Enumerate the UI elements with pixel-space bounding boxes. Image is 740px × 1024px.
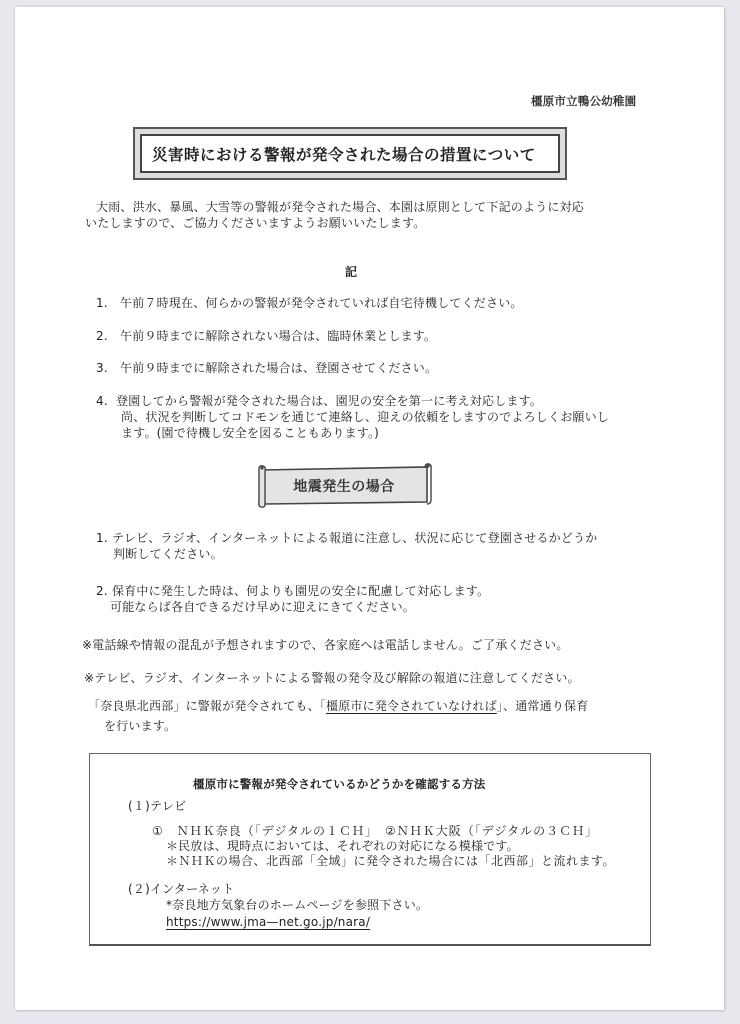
issuer-name: 橿原市立鴨公幼稚園 bbox=[531, 93, 636, 109]
check-method-title: 橿原市に警報が発令されているかどうかを確認する方法 bbox=[193, 776, 486, 792]
note-media: ※テレビ、ラジオ、インターネットによる警報の発令及び解除の報道に注意してください… bbox=[84, 670, 580, 686]
note-region-line-2: を行います。 bbox=[104, 718, 176, 734]
tv-channels: ① ＮＨＫ奈良（「デジタルの１ＣＨ」 ②ＮＨＫ大阪（「デジタルの３ＣＨ」 bbox=[152, 823, 598, 839]
item-text: 保育中に発生した時は、何よりも園児の安全に配慮して対応します。 bbox=[112, 584, 489, 598]
tv-note-1: ＊民放は、現時点においては、それぞれの対応になる模様です。 bbox=[166, 838, 519, 854]
tv-note-2: ＊ＮＨＫの場合、北西部「全域」に発令された場合には「北西部」と流れます。 bbox=[166, 853, 615, 869]
earthquake-item-2: 2.保育中に発生した時は、何よりも園児の安全に配慮して対応します。 bbox=[96, 583, 489, 599]
item-number: 1. bbox=[96, 530, 112, 546]
item-number: 2. bbox=[96, 328, 120, 344]
note-phone: ※電話線や情報の混乱が予想されますので、各家庭へは電話しません。ご了承ください。 bbox=[82, 637, 569, 653]
item-text: 午前９時までに解除されない場合は、臨時休業とします。 bbox=[120, 329, 436, 343]
warning-item-2: 2.午前９時までに解除されない場合は、臨時休業とします。 bbox=[96, 328, 436, 344]
intro-line-1: 大雨、洪水、暴風、大雪等の警報が発令された場合、本園は原則として下記のように対応 bbox=[96, 199, 584, 215]
intro-line-2: いたしますので、ご協力くださいますようお願いいたします。 bbox=[85, 215, 425, 231]
item-text: 登園してから警報が発令された場合は、園児の安全を第一に考え対応します。 bbox=[116, 394, 542, 408]
title-inner-frame: 災害時における警報が発令された場合の措置について bbox=[140, 134, 560, 173]
jma-nara-link[interactable]: https://www.jma—net.go.jp/nara/ bbox=[166, 914, 370, 930]
earthquake-item-1: 1.テレビ、ラジオ、インターネットによる報道に注意し、状況に応じて登園させるかど… bbox=[96, 530, 597, 546]
earthquake-heading: 地震発生の場合 bbox=[255, 476, 433, 496]
item-number: 2. bbox=[96, 583, 112, 599]
title-frame: 災害時における警報が発令された場合の措置について bbox=[133, 127, 567, 180]
note-region: 「奈良県北西部」に警報が発令されても、「橿原市に発令されていなければ」、通常通り… bbox=[88, 698, 588, 714]
warning-item-4: 4.登園してから警報が発令された場合は、園児の安全を第一に考え対応します。 bbox=[96, 393, 542, 409]
warning-item-4-line-3: ます。(園で待機し安全を図ることもあります。) bbox=[121, 425, 379, 441]
item-text: 午前９時までに解除された場合は、登園させてください。 bbox=[120, 361, 437, 375]
warning-item-3: 3.午前９時までに解除された場合は、登園させてください。 bbox=[96, 360, 437, 376]
item-text: 午前７時現在、何らかの警報が発令されていれば自宅待機してください。 bbox=[120, 296, 523, 310]
item-number: 4. bbox=[96, 393, 116, 409]
item-number: 3. bbox=[96, 360, 120, 376]
earthquake-item-1-line-2: 判断してください。 bbox=[113, 546, 223, 562]
earthquake-banner: 地震発生の場合 bbox=[255, 462, 433, 507]
tv-heading: (１)テレビ bbox=[128, 798, 186, 814]
note-region-post: 」、通常通り保育 bbox=[497, 699, 589, 713]
warning-item-4-line-2: 尚、状況を判断してコドモンを通じて連絡し、迎えの依頼をしますのでよろしくお願いし bbox=[121, 409, 609, 425]
note-region-pre: 「奈良県北西部」に警報が発令されても、「 bbox=[88, 699, 326, 713]
item-number: 1. bbox=[96, 295, 120, 311]
item-text: テレビ、ラジオ、インターネットによる報道に注意し、状況に応じて登園させるかどうか bbox=[112, 531, 597, 545]
internet-heading: (２)インターネット bbox=[128, 881, 234, 897]
earthquake-item-2-line-2: 可能ならば各自できるだけ早めに迎えにきてください。 bbox=[110, 599, 415, 615]
page-title: 災害時における警報が発令された場合の措置について bbox=[152, 143, 536, 165]
ki-heading: 記 bbox=[345, 264, 357, 280]
warning-item-1: 1.午前７時現在、何らかの警報が発令されていれば自宅待機してください。 bbox=[96, 295, 523, 311]
internet-note: *奈良地方気象台のホームページを参照下さい。 bbox=[166, 897, 428, 913]
note-region-underlined: 橿原市に発令されていなければ bbox=[326, 699, 497, 713]
